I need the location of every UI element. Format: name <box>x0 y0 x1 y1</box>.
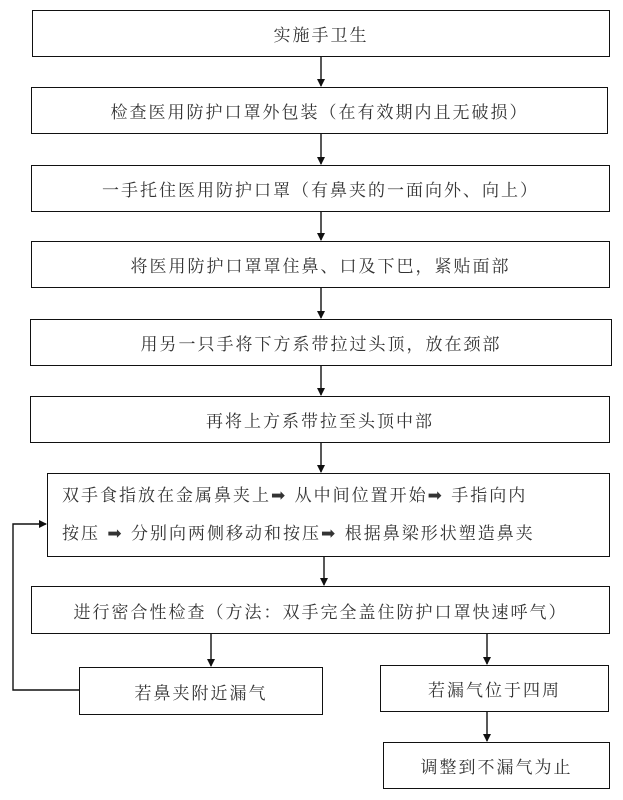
step-text-line-2: 按压 ➡ 分别向两侧移动和按压➡ 根据鼻梁形状塑造鼻夹 <box>62 515 535 553</box>
step-text: 若鼻夹附近漏气 <box>135 679 268 704</box>
step-text-line-1: 双手食指放在金属鼻夹上➡ 从中间位置开始➡ 手指向内 <box>62 477 527 515</box>
step-hand-hygiene: 实施手卫生 <box>32 10 610 57</box>
step-lower-strap: 用另一只手将下方系带拉过头顶，放在颈部 <box>30 319 612 366</box>
step-text: 一手托住医用防护口罩（有鼻夹的一面向外、向上） <box>102 176 539 201</box>
step-text: 调整到不漏气为止 <box>421 753 573 778</box>
step-text: 检查医用防护口罩外包装（在有效期内且无破损） <box>111 98 529 123</box>
step-text: 用另一只手将下方系带拉过头顶，放在颈部 <box>141 330 502 355</box>
step-text: 若漏气位于四周 <box>428 676 561 701</box>
branch-leak-around-edges: 若漏气位于四周 <box>380 665 609 712</box>
branch-leak-near-nose-clip: 若鼻夹附近漏气 <box>79 667 323 715</box>
step-seal-check: 进行密合性检查（方法：双手完全盖住防护口罩快速呼气） <box>31 586 610 634</box>
step-cover-face: 将医用防护口罩罩住鼻、口及下巴，紧贴面部 <box>31 241 610 288</box>
step-text: 再将上方系带拉至头顶中部 <box>206 407 434 432</box>
step-upper-strap: 再将上方系带拉至头顶中部 <box>30 396 610 443</box>
step-text: 进行密合性检查（方法：双手完全盖住防护口罩快速呼气） <box>74 598 568 623</box>
step-adjust-until-sealed: 调整到不漏气为止 <box>383 742 610 789</box>
step-shape-nose-clip: 双手食指放在金属鼻夹上➡ 从中间位置开始➡ 手指向内 按压 ➡ 分别向两侧移动和… <box>47 473 610 557</box>
step-text: 实施手卫生 <box>274 21 369 46</box>
step-hold-mask: 一手托住医用防护口罩（有鼻夹的一面向外、向上） <box>31 165 610 212</box>
step-check-packaging: 检查医用防护口罩外包装（在有效期内且无破损） <box>31 87 608 134</box>
step-text: 将医用防护口罩罩住鼻、口及下巴，紧贴面部 <box>131 252 511 277</box>
